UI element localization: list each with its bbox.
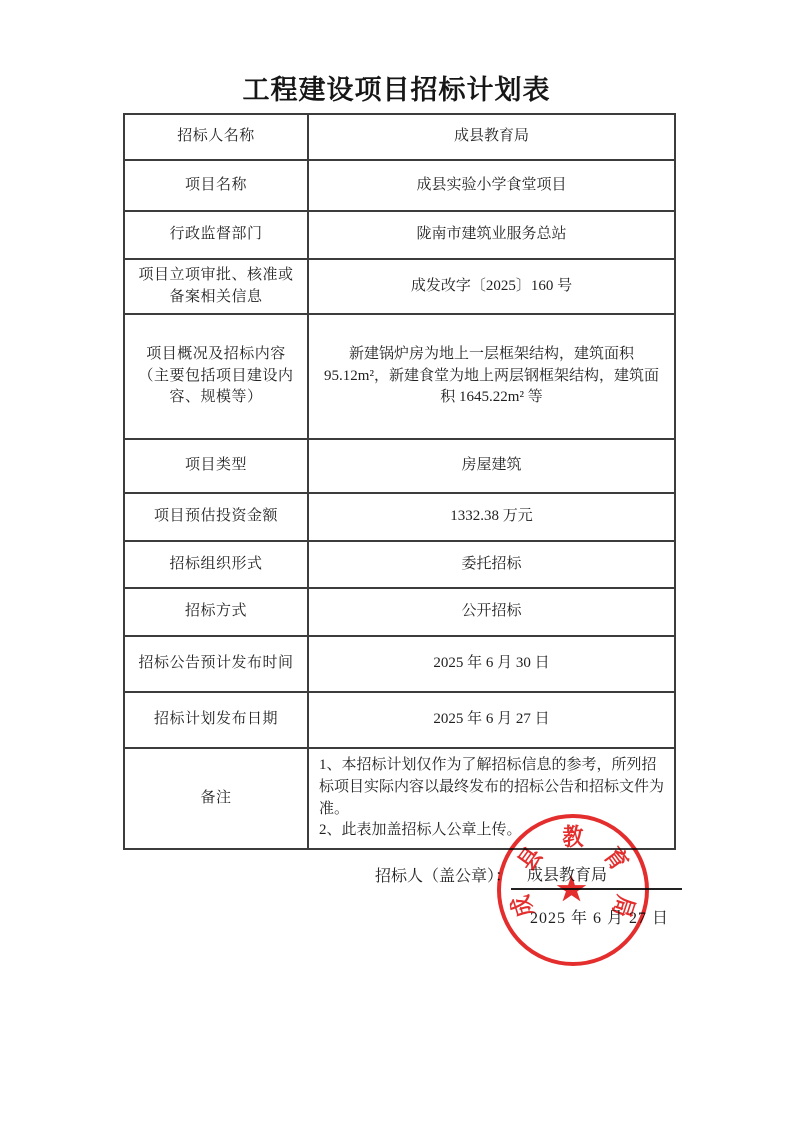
table-row: 招标人名称 成县教育局 — [124, 114, 675, 160]
row-label: 项目立项审批、核准或备案相关信息 — [124, 259, 308, 314]
row-value: 2025 年 6 月 30 日 — [308, 636, 675, 692]
row-label: 招标计划发布日期 — [124, 692, 308, 748]
row-value: 公开招标 — [308, 588, 675, 636]
row-label: 项目预估投资金额 — [124, 493, 308, 541]
remarks-line-1: 1、本招标计划仅作为了解招标信息的参考，所列招标项目实际内容以最终发布的招标公告… — [319, 755, 666, 820]
signature-label: 招标人（盖公章）： — [375, 863, 511, 890]
row-label: 招标组织形式 — [124, 541, 308, 588]
table-row: 招标组织形式 委托招标 — [124, 541, 675, 588]
row-value-remarks: 1、本招标计划仅作为了解招标信息的参考，所列招标项目实际内容以最终发布的招标公告… — [308, 748, 675, 849]
row-label: 招标方式 — [124, 588, 308, 636]
bidding-plan-table: 招标人名称 成县教育局 项目名称 成县实验小学食堂项目 行政监督部门 陇南市建筑… — [123, 113, 676, 850]
table-row: 项目预估投资金额 1332.38 万元 — [124, 493, 675, 541]
row-value: 2025 年 6 月 27 日 — [308, 692, 675, 748]
table-row: 招标计划发布日期 2025 年 6 月 27 日 — [124, 692, 675, 748]
row-label: 招标公告预计发布时间 — [124, 636, 308, 692]
table-row: 备注 1、本招标计划仅作为了解招标信息的参考，所列招标项目实际内容以最终发布的招… — [124, 748, 675, 849]
row-label: 项目类型 — [124, 439, 308, 493]
row-value: 成发改字〔2025〕160 号 — [308, 259, 675, 314]
row-value: 委托招标 — [308, 541, 675, 588]
row-label: 行政监督部门 — [124, 211, 308, 259]
row-value: 新建锅炉房为地上一层框架结构，建筑面积 95.12m²，新建食堂为地上两层钢框架… — [308, 314, 675, 439]
signature-date: 2025 年 6 月 27 日 — [530, 905, 669, 928]
table-row: 项目类型 房屋建筑 — [124, 439, 675, 493]
row-label: 项目名称 — [124, 160, 308, 211]
row-value: 成县实验小学食堂项目 — [308, 160, 675, 211]
page-title: 工程建设项目招标计划表 — [0, 68, 793, 107]
row-label: 招标人名称 — [124, 114, 308, 160]
table-row: 项目立项审批、核准或备案相关信息 成发改字〔2025〕160 号 — [124, 259, 675, 314]
signature-name: 成县教育局 — [511, 862, 682, 890]
row-label: 项目概况及招标内容（主要包括项目建设内容、规模等） — [124, 314, 308, 439]
row-value: 成县教育局 — [308, 114, 675, 160]
table-row: 招标方式 公开招标 — [124, 588, 675, 636]
row-value: 陇南市建筑业服务总站 — [308, 211, 675, 259]
table-row: 招标公告预计发布时间 2025 年 6 月 30 日 — [124, 636, 675, 692]
row-value: 1332.38 万元 — [308, 493, 675, 541]
table-row: 项目名称 成县实验小学食堂项目 — [124, 160, 675, 211]
row-label: 备注 — [124, 748, 308, 849]
table-row: 行政监督部门 陇南市建筑业服务总站 — [124, 211, 675, 259]
table-row: 项目概况及招标内容（主要包括项目建设内容、规模等） 新建锅炉房为地上一层框架结构… — [124, 314, 675, 439]
remarks-line-2: 2、此表加盖招标人公章上传。 — [319, 820, 666, 842]
signature-block: 招标人（盖公章）：成县教育局 — [375, 862, 682, 890]
document-page: 工程建设项目招标计划表 招标人名称 成县教育局 项目名称 成县实验小学食堂项目 … — [0, 0, 793, 1122]
row-value: 房屋建筑 — [308, 439, 675, 493]
